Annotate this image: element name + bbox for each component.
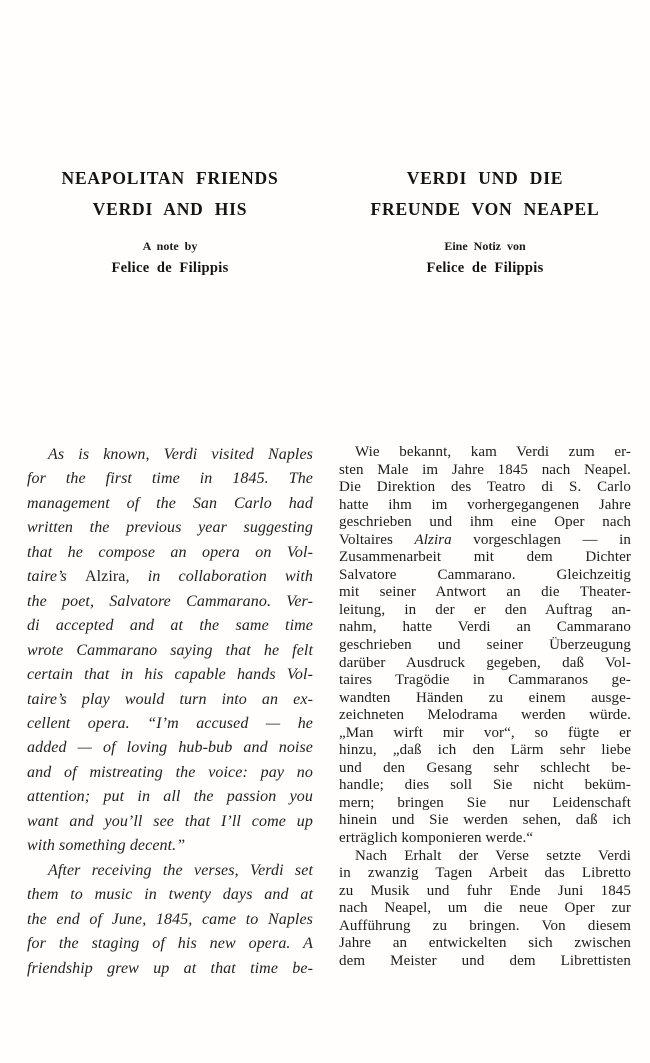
text-line: with something decent.”: [27, 834, 313, 858]
text-line: wandten Händen zu einem ausge-: [339, 690, 631, 708]
text-line: „Man wirft mir vor“, so fügte er: [339, 725, 631, 743]
text-line: in zwanzig Tagen Arbeit das Libretto: [339, 865, 631, 883]
text-line: und den Gesang sehr schlecht be-: [339, 760, 631, 778]
text-line: the poet, Salvatore Cammarano. Ver-: [27, 590, 313, 614]
english-byline-author: Felice de Filippis: [27, 260, 313, 277]
text-line: Salvatore Cammarano. Gleichzeitig: [339, 567, 631, 585]
german-byline-note: Eine Notiz von: [339, 239, 631, 254]
text-line: for the first time in 1845. The: [27, 467, 313, 491]
text-line: Wie bekannt, kam Verdi zum er-: [339, 444, 631, 462]
text-line: wrote Cammarano saying that he felt: [27, 639, 313, 663]
text-line: sten Male im Jahre 1845 nach Neapel.: [339, 462, 631, 480]
english-title-line1: NEAPOLITAN FRIENDS: [27, 163, 313, 194]
german-title-line2: FREUNDE VON NEAPEL: [339, 194, 631, 225]
english-byline-note: A note by: [27, 239, 313, 254]
text-line: nach Neapel, um die neue Oper zur: [339, 900, 631, 918]
text-line: handle; dies soll Sie nicht beküm-: [339, 777, 631, 795]
text-line: Jahre an entwickelten sich zwischen: [339, 935, 631, 953]
text-line: hinzu, „daß ich den Lärm sehr liebe: [339, 742, 631, 760]
emphasized-word: Alzira: [414, 532, 451, 548]
english-header: NEAPOLITAN FRIENDS VERDI AND HIS A note …: [27, 163, 313, 277]
text-line: certain that in his capable hands Vol-: [27, 663, 313, 687]
text-line: zu Musik und fuhr Ende Juni 1845: [339, 883, 631, 901]
german-header: VERDI UND DIE FREUNDE VON NEAPEL Eine No…: [339, 163, 631, 277]
text-line: Die Direktion des Teatro di S. Carlo: [339, 479, 631, 497]
text-line: that he compose an opera on Vol-: [27, 541, 313, 565]
text-line: leitung, in der er den Auftrag an-: [339, 602, 631, 620]
text-line: geschrieben und seiner Überzeugung: [339, 637, 631, 655]
english-text-column: As is known, Verdi visited Naplesfor the…: [27, 443, 313, 981]
text-line: geschrieben und ihm eine Oper nach: [339, 514, 631, 532]
book-page: NEAPOLITAN FRIENDS VERDI AND HIS A note …: [0, 0, 650, 1063]
text-line: taire’s play would turn into an ex-: [27, 688, 313, 712]
text-line: taires Tragödie in Cammaranos ge-: [339, 672, 631, 690]
text-line: for the staging of his new opera. A: [27, 932, 313, 956]
text-line: them to music in twenty days and at: [27, 883, 313, 907]
german-byline-author: Felice de Filippis: [339, 260, 631, 277]
text-line: Aufführung zu bringen. Von diesem: [339, 918, 631, 936]
text-line: hinein und Sie werden sehen, daß ich: [339, 812, 631, 830]
text-line: dem Meister und dem Librettisten: [339, 953, 631, 971]
text-line: and of mistreating the voice: pay no: [27, 761, 313, 785]
german-title-line1: VERDI UND DIE: [339, 163, 631, 194]
text-line: Nach Erhalt der Verse setzte Verdi: [339, 848, 631, 866]
text-line: Zusammenarbeit mit dem Dichter: [339, 549, 631, 567]
text-line: want and you’ll see that I’ll come up: [27, 810, 313, 834]
text-line: After receiving the verses, Verdi set: [27, 859, 313, 883]
text-line: darüber Ausdruck gegeben, daß Vol-: [339, 655, 631, 673]
text-line: Voltaires Alzira vorgeschlagen — in: [339, 532, 631, 550]
text-line: hatte ihm im vorhergegangenen Jahre: [339, 497, 631, 515]
english-title-line2: VERDI AND HIS: [27, 194, 313, 225]
text-line: management of the San Carlo had: [27, 492, 313, 516]
text-line: cellent opera. “I’m accused — he: [27, 712, 313, 736]
text-line: the end of June, 1845, came to Naples: [27, 908, 313, 932]
german-text-column: Wie bekannt, kam Verdi zum er-sten Male …: [339, 444, 631, 970]
text-line: friendship grew up at that time be-: [27, 957, 313, 981]
text-line: mern; bringen Sie nur Leidenschaft: [339, 795, 631, 813]
text-line: di accepted and at the same time: [27, 614, 313, 638]
emphasized-word: Alzira: [85, 568, 126, 585]
text-line: nahm, hatte Verdi an Cammarano: [339, 619, 631, 637]
text-line: added — of loving hub-bub and noise: [27, 736, 313, 760]
text-line: written the previous year suggesting: [27, 516, 313, 540]
text-line: taire’s Alzira, in collaboration with: [27, 565, 313, 589]
text-line: mit seiner Antwort an die Theater-: [339, 584, 631, 602]
text-line: attention; put in all the passion you: [27, 785, 313, 809]
text-line: zeichneten Melodrama werden würde.: [339, 707, 631, 725]
text-line: erträglich komponieren werde.“: [339, 830, 631, 848]
text-line: As is known, Verdi visited Naples: [27, 443, 313, 467]
